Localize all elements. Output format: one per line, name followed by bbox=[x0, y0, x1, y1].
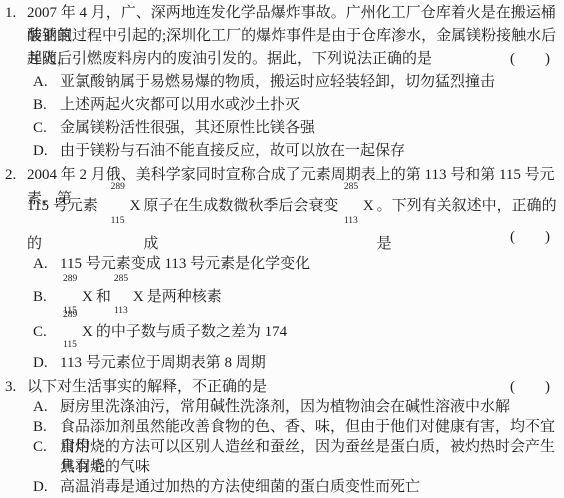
question-2-option-b: B. 289 115 X 和 285 113 X 是两种核素 bbox=[5, 279, 560, 315]
question-3-option-c: C. 用灼烧的方法可以区别人造丝和蚕丝，因为蚕丝是蛋白质，被灼热时会产生具有烧 bbox=[5, 437, 560, 457]
question-3-option-b-label: B. bbox=[33, 417, 60, 437]
question-1-option-c: C. 金属镁粉活性很强，其还原性比镁各强 bbox=[5, 117, 560, 140]
question-1-option-a: A. 亚氯酸钠属于易燃易爆的物质，搬运时应轻装轻卸，切勿猛烈撞击 bbox=[5, 71, 560, 94]
question-3-text-pre: 以下对生活事实的解释， bbox=[27, 377, 192, 397]
nuclide-289-115-X: 289 115 X bbox=[111, 187, 141, 225]
nuclide-symbol: X bbox=[133, 289, 144, 305]
question-2-option-c-label: C. bbox=[33, 315, 60, 349]
question-1-option-c-label: C. bbox=[33, 117, 60, 140]
question-2-option-c: C. 289 115 X 的中子数与质子数之差为 174 bbox=[5, 315, 560, 349]
question-2-option-b-label: B. bbox=[33, 279, 60, 315]
question-1-option-b-label: B. bbox=[33, 94, 60, 117]
question-1-option-a-label: A. bbox=[33, 71, 60, 94]
question-3-option-c-label: C. bbox=[33, 437, 60, 457]
question-3-option-a-text: 厨房里洗涤油污，常用碱性洗涤剂，因为植物油会在碱性溶液中水解 bbox=[60, 397, 510, 417]
question-3: 3. 以下对生活事实的解释， 不正确 的是 ( ) A. 厨房里洗涤油污，常用碱… bbox=[5, 377, 560, 497]
question-2-option-b-mid: 和 bbox=[96, 279, 111, 315]
nuclide-mass-number: 289 bbox=[63, 311, 77, 321]
question-1: 1. 2007 年 4 月，广、深两地连发化学品爆炸事故。广州化工厂仓库着火是在… bbox=[5, 2, 560, 163]
question-3-answer-bracket: ( ) bbox=[510, 377, 560, 397]
nuclide-285-113-X: 285 113 X bbox=[344, 187, 374, 225]
question-3-option-c-text-line-2: 焦羽毛的气味 bbox=[60, 457, 150, 477]
question-3-number: 3. bbox=[5, 377, 27, 397]
nuclide-289-115-X: 289 115 X bbox=[63, 315, 93, 349]
question-3-text-post: 的是 bbox=[237, 377, 267, 397]
nuclide-mass-number: 285 bbox=[114, 275, 128, 285]
question-2-answer-bracket: ( ) bbox=[510, 225, 560, 249]
question-1-line-2: 酸钠的过程中引起的;深圳化工厂的爆炸事件是由于仓库渗水，金属镁粉接触水后起火， bbox=[5, 25, 560, 48]
question-2-option-d-text: 113 号元素位于周期表第 8 周期 bbox=[60, 349, 266, 377]
question-1-text-line-3: 并随后引燃废料房内的废油引发的。据此，下列说法正确的是 bbox=[27, 48, 432, 71]
nuclide-atomic-number: 115 bbox=[63, 341, 77, 351]
question-1-option-d-label: D. bbox=[33, 140, 60, 163]
exam-sheet: 1. 2007 年 4 月，广、深两地连发化学品爆炸事故。广州化工厂仓库着火是在… bbox=[0, 0, 564, 497]
nuclide-symbol: X bbox=[82, 324, 93, 340]
question-1-option-d: D. 由于镁粉与石油不能直接反应，故可以放在一起保存 bbox=[5, 140, 560, 163]
question-2-line-2: 115 号元素的 289 115 X 原子在生成数微秋季后会衰变成 285 11… bbox=[5, 187, 560, 225]
question-2-option-c-text: 的中子数与质子数之差为 174 bbox=[96, 315, 287, 349]
question-3-option-a-label: A. bbox=[33, 397, 60, 417]
nuclide-atomic-number: 113 bbox=[344, 217, 358, 227]
nuclide-symbol: X bbox=[130, 198, 141, 214]
question-1-option-b: B. 上述两起火灾都可以用水或沙土扑灭 bbox=[5, 94, 560, 117]
question-3-option-a: A. 厨房里洗涤油污，常用碱性洗涤剂，因为植物油会在碱性溶液中水解 bbox=[5, 397, 560, 417]
question-3-option-d-text: 高温消毒是通过加热的方法使细菌的蛋白质变性而死亡 bbox=[60, 477, 420, 497]
question-3-option-d: D. 高温消毒是通过加热的方法使细菌的蛋白质变性而死亡 bbox=[5, 477, 560, 497]
question-1-option-d-text: 由于镁粉与石油不能直接反应，故可以放在一起保存 bbox=[60, 140, 405, 163]
question-3-option-d-label: D. bbox=[33, 477, 60, 497]
question-3-line-1: 3. 以下对生活事实的解释， 不正确 的是 ( ) bbox=[5, 377, 560, 397]
nuclide-mass-number: 285 bbox=[344, 183, 358, 193]
question-2-option-a-label: A. bbox=[33, 249, 60, 279]
question-1-line-1: 1. 2007 年 4 月，广、深两地连发化学品爆炸事故。广州化工厂仓库着火是在… bbox=[5, 2, 560, 25]
question-2-option-a-text: 115 号元素变成 113 号元素是化学变化 bbox=[60, 249, 310, 279]
question-1-number: 1. bbox=[5, 2, 27, 25]
nuclide-atomic-number: 115 bbox=[111, 217, 125, 227]
question-2-number: 2. bbox=[5, 163, 27, 187]
question-1-answer-bracket: ( ) bbox=[510, 48, 560, 71]
question-2: 2. 2004 年 2 月俄、美科学家同时宣称合成了元素周期表上的第 113 号… bbox=[5, 163, 560, 377]
question-2-line-1: 2. 2004 年 2 月俄、美科学家同时宣称合成了元素周期表上的第 113 号… bbox=[5, 163, 560, 187]
nuclide-atomic-number: 113 bbox=[114, 307, 128, 317]
nuclide-mass-number: 289 bbox=[63, 275, 77, 285]
question-1-option-c-text: 金属镁粉活性很强，其还原性比镁各强 bbox=[60, 117, 315, 140]
nuclide-symbol: X bbox=[82, 289, 93, 305]
question-1-option-b-text: 上述两起火灾都可以用水或沙土扑灭 bbox=[60, 94, 300, 117]
nuclide-symbol: X bbox=[363, 198, 374, 214]
question-2-option-b-text: 是两种核素 bbox=[147, 279, 222, 315]
question-2-option-d: D. 113 号元素位于周期表第 8 周期 bbox=[5, 349, 560, 377]
question-1-option-a-text: 亚氯酸钠属于易燃易爆的物质，搬运时应轻装轻卸，切勿猛烈撞击 bbox=[60, 71, 495, 94]
nuclide-mass-number: 289 bbox=[111, 183, 125, 193]
question-3-option-b: B. 食品添加剂虽然能改善食物的色、香、味，但由于他们对健康有害，均不宜食用 bbox=[5, 417, 560, 437]
question-2-option-d-label: D. bbox=[33, 349, 60, 377]
nuclide-285-113-X: 285 113 X bbox=[114, 279, 144, 315]
